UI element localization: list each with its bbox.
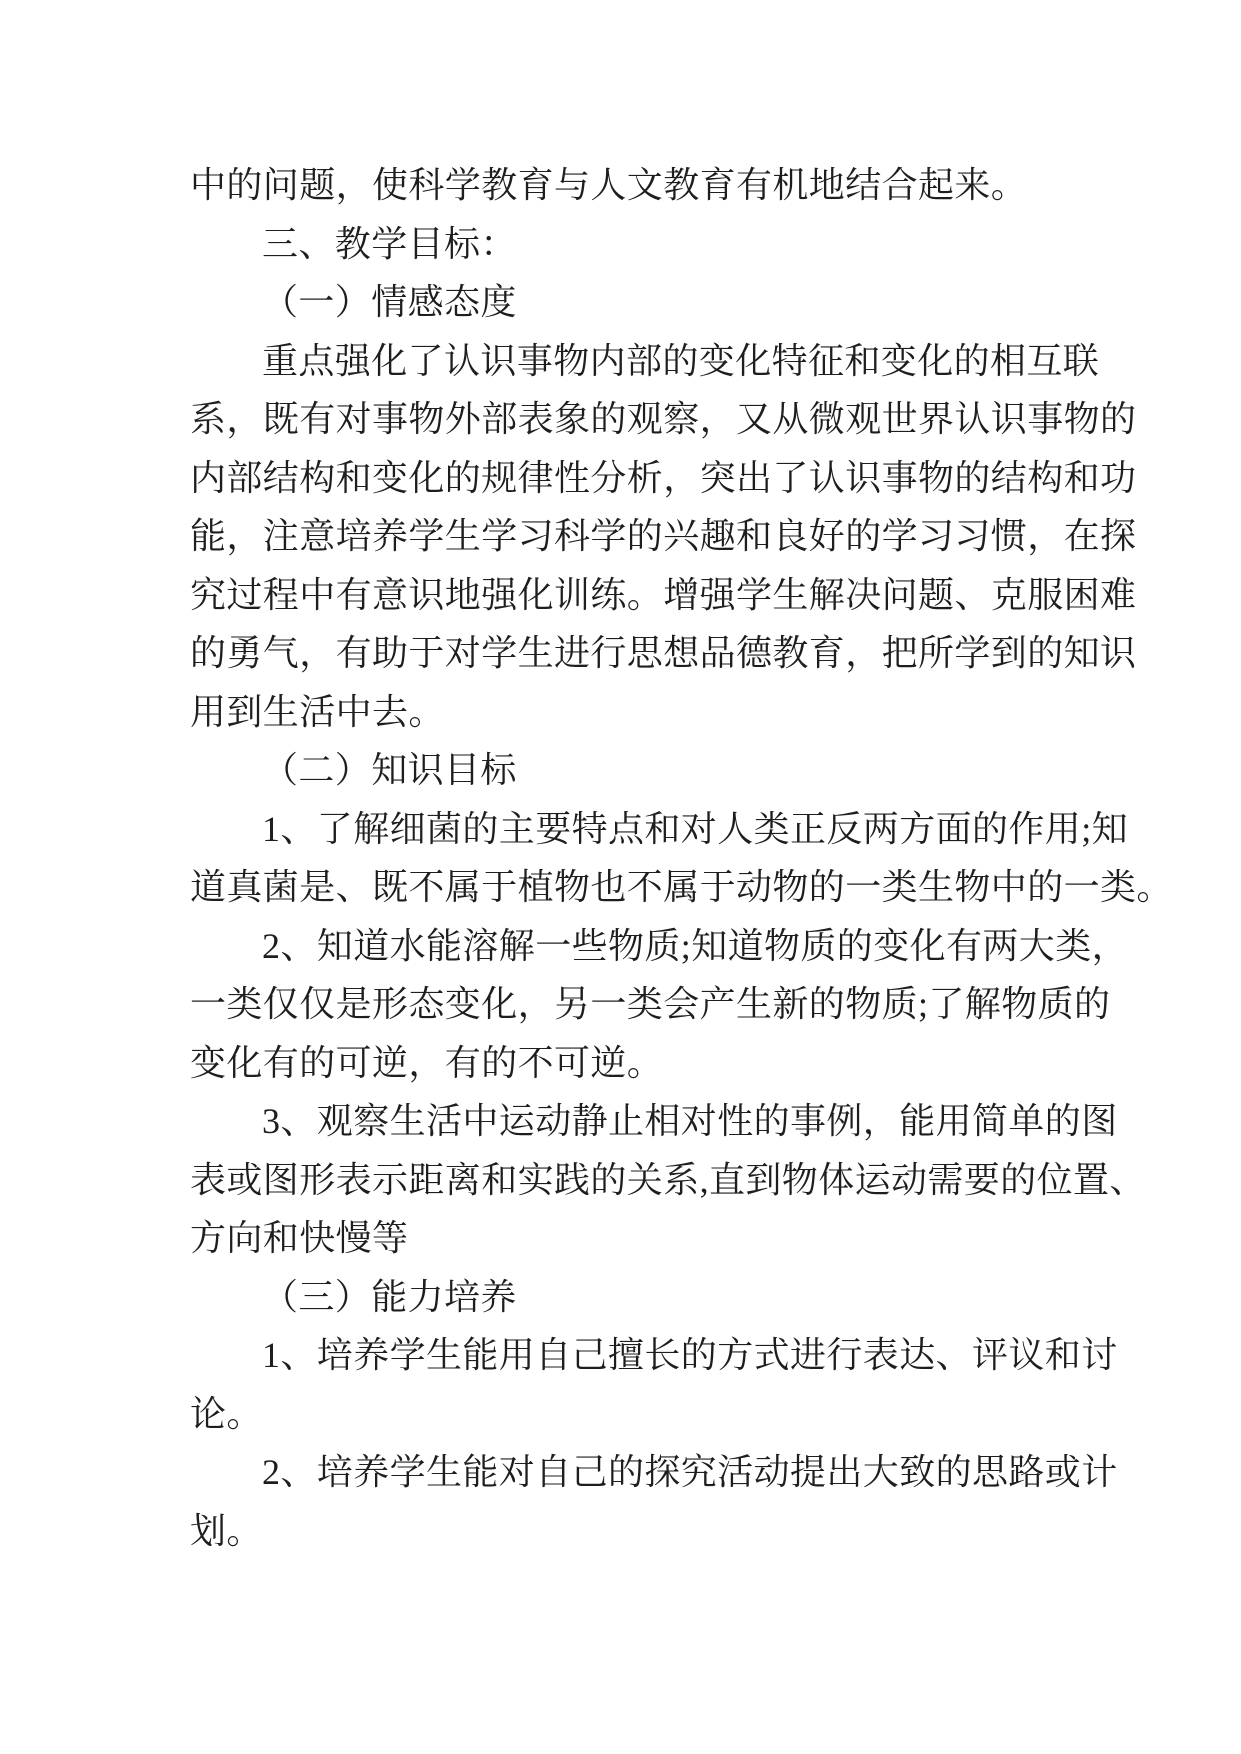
text-line: 划。 [190,1502,1074,1561]
text-line: 方向和快慢等 [190,1209,1074,1268]
text-line: 的勇气，有助于对学生进行思想品德教育，把所学到的知识 [190,624,1074,683]
heading-teaching-objectives: 三、教学目标： [190,215,1074,274]
text-line: 究过程中有意识地强化训练。增强学生解决问题、克服困难 [190,566,1074,625]
text-line: 系，既有对事物外部表象的观察，又从微观世界认识事物的 [190,390,1074,449]
text-line: 用到生活中去。 [190,683,1074,742]
text-line: 变化有的可逆，有的不可逆。 [190,1034,1074,1093]
text-line: 论。 [190,1385,1074,1444]
list-item-line: 1、了解细菌的主要特点和对人类正反两方面的作用;知 [190,800,1074,859]
list-item-line: 2、培养学生能对自己的探究活动提出大致的思路或计 [190,1443,1074,1502]
document-body: 中的问题，使科学教育与人文教育有机地结合起来。 三、教学目标： （一）情感态度 … [190,156,1074,1560]
text-line: 内部结构和变化的规律性分析，突出了认识事物的结构和功 [190,449,1074,508]
text-line: 表或图形表示距离和实践的关系,直到物体运动需要的位置、 [190,1151,1074,1210]
text-line: 中的问题，使科学教育与人文教育有机地结合起来。 [190,156,1074,215]
list-item-line: 1、培养学生能用自己擅长的方式进行表达、评议和讨 [190,1326,1074,1385]
heading-knowledge-objectives: （二）知识目标 [190,741,1074,800]
document-page: 中的问题，使科学教育与人文教育有机地结合起来。 三、教学目标： （一）情感态度 … [0,0,1241,1754]
text-line: 能，注意培养学生学习科学的兴趣和良好的学习习惯，在探 [190,507,1074,566]
heading-emotional-attitude: （一）情感态度 [190,273,1074,332]
text-line: 重点强化了认识事物内部的变化特征和变化的相互联 [190,332,1074,391]
text-line: 一类仅仅是形态变化，另一类会产生新的物质;了解物质的 [190,975,1074,1034]
text-line: 道真菌是、既不属于植物也不属于动物的一类生物中的一类。 [190,858,1074,917]
list-item-line: 2、知道水能溶解一些物质;知道物质的变化有两大类， [190,917,1074,976]
heading-ability-training: （三）能力培养 [190,1268,1074,1327]
list-item-line: 3、观察生活中运动静止相对性的事例，能用简单的图 [190,1092,1074,1151]
